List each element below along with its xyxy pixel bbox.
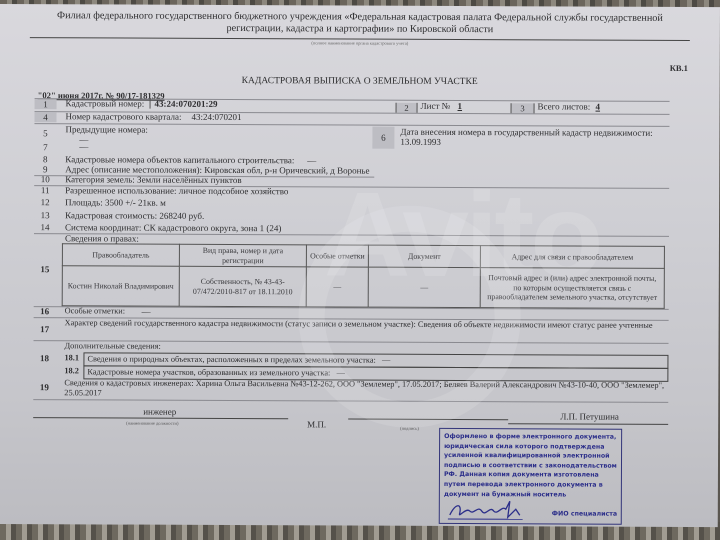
col-right-type: Вид права, номер и дата регистрации — [179, 244, 306, 267]
org-header: Филиал федерального государственного бюд… — [30, 10, 690, 37]
signer-position: инженер — [143, 407, 176, 417]
cadastral-engineers: Сведения о кадастровых инженерах: Харина… — [64, 378, 664, 401]
field-num: 7 — [34, 142, 56, 152]
field-num: 10 — [34, 174, 56, 184]
field-num: 8 — [34, 154, 56, 164]
col-document: Документ — [368, 245, 480, 267]
sheet-value: 1 — [458, 101, 463, 111]
field-num: 16 — [34, 306, 56, 316]
stamp-text: Оформлено в форме электронного документа… — [444, 432, 617, 500]
subfield-num: 18.1 — [64, 353, 79, 362]
field-num: 14 — [34, 222, 56, 232]
cadastral-value: Кадастровая стоимость: 268240 руб. — [65, 210, 204, 221]
special-marks: — — [306, 267, 368, 307]
special-notes-label: Особые отметки: — [65, 306, 125, 315]
rights-label: Сведения о правах: — [65, 233, 139, 243]
sheet-label: Лист № — [421, 101, 451, 111]
field-7-value: — — [79, 141, 88, 151]
registration-date-value: 13.09.1993 — [400, 137, 441, 147]
signer-name: Л.П. Петушина — [560, 411, 619, 421]
derived-plots-label: Кадастровые номера участков, образованны… — [87, 367, 330, 377]
record-status: Характер сведений государственного кадас… — [65, 318, 665, 331]
position-caption: (наименование должности) — [126, 421, 178, 426]
stamp-footer: ФИО специалиста — [552, 509, 617, 519]
quarter-value: 43:24:070201 — [191, 112, 241, 122]
field-num: 11 — [34, 185, 56, 195]
field-num: 19 — [33, 382, 55, 392]
previous-numbers-label: Предыдущие номера: — [65, 124, 147, 134]
natural-objects-label: Сведения о природных объектах, расположе… — [87, 354, 375, 364]
field-num: 18 — [33, 353, 55, 363]
right-type: Собственность, № 43-43-07/472/2010-817 о… — [179, 266, 306, 307]
quarter-label: Номер кадастрового квартала: — [65, 111, 181, 122]
land-category: Категория земель: Земли населённых пункт… — [65, 174, 241, 185]
form-code: КВ.1 — [670, 63, 688, 73]
col-owner: Правообладатель — [62, 244, 179, 267]
additional-info-label: Дополнительные сведения: — [64, 341, 160, 350]
position-line — [33, 417, 288, 419]
field-num: 5 — [34, 128, 56, 138]
derived-plots-value: — — [337, 368, 345, 377]
field-num: 12 — [34, 197, 56, 207]
signature-scribble-icon — [448, 499, 523, 521]
col-contact-address: Адрес для связи с правообладателем — [480, 246, 664, 269]
field-num: 17 — [34, 324, 56, 334]
area: Площадь: 3500 +/- 21кв. м — [65, 197, 166, 207]
special-notes-value: — — [142, 307, 151, 317]
field-num: 3 — [511, 103, 535, 113]
field-num: 15 — [34, 264, 56, 274]
document-title: КАДАСТРОВАЯ ВЫПИСКА О ЗЕМЕЛЬНОМ УЧАСТКЕ — [0, 75, 720, 88]
permitted-use: Разрешенное использование: личное подсоб… — [65, 185, 288, 196]
document-page: Филиал федерального государственного бюд… — [0, 4, 720, 527]
field-num: 13 — [34, 210, 56, 220]
cadastral-number-value: 43:24:070201:29 — [150, 99, 218, 109]
table-row: Костин Николай Владимирович Собственност… — [62, 266, 664, 309]
seal-label: М.П. — [307, 419, 326, 429]
coordinate-system: Система координат: СК кадастрового округ… — [65, 222, 281, 233]
name-line — [508, 423, 668, 425]
field-num: 2 — [396, 103, 418, 113]
total-sheets-value: 4 — [596, 102, 601, 112]
field-num: 4 — [34, 112, 56, 122]
capital-objects-value: — — [307, 155, 316, 165]
sign-caption: (подпись) — [400, 426, 419, 431]
sign-line — [348, 419, 508, 421]
owner-name: Костин Николай Владимирович — [62, 266, 179, 307]
total-sheets-label: Всего листов: — [538, 101, 591, 111]
natural-objects-value: — — [382, 356, 390, 365]
field-num: 1 — [35, 99, 57, 109]
field-num: 6 — [372, 127, 394, 149]
contact-address: Почтовый адрес и (или) адрес электронной… — [480, 268, 664, 309]
document: — — [368, 267, 480, 307]
rights-table: Правообладатель Вид права, номер и дата … — [62, 243, 665, 309]
cadastral-number-label: Кадастровый номер: — [66, 98, 145, 108]
subfield-num: 18.2 — [64, 366, 79, 375]
col-special-marks: Особые отметки — [306, 245, 368, 267]
electronic-copy-stamp: Оформлено в форме электронного документа… — [439, 428, 622, 525]
rights-table-header: Правообладатель Вид права, номер и дата … — [62, 244, 664, 269]
field-num: 9 — [34, 164, 56, 174]
